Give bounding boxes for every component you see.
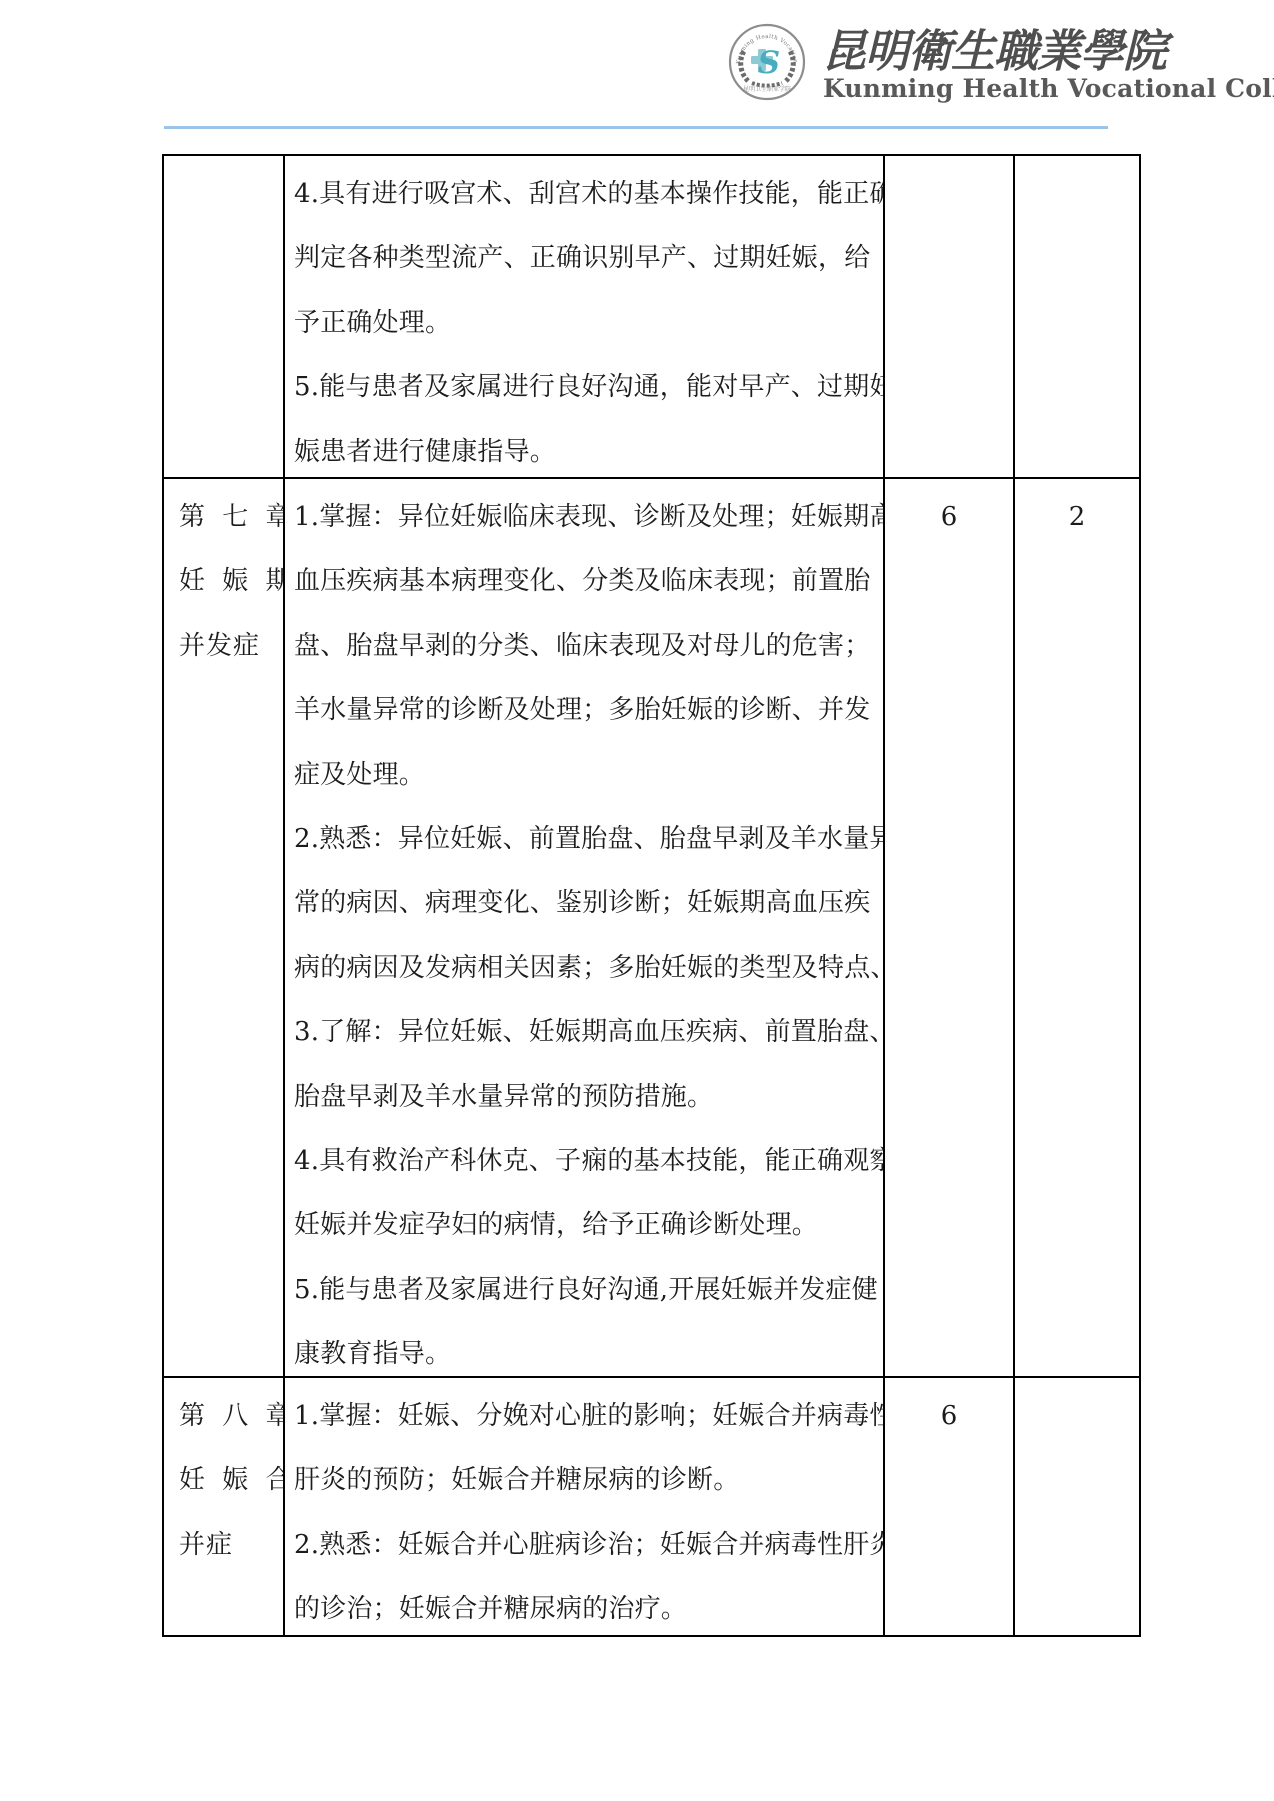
college-logo: Kunming Health Vocational College S 昆明卫生… (728, 23, 806, 105)
content-line: 5.能与患者及家属进行良好沟通，能对早产、过期妊 (294, 355, 883, 419)
content-line: 羊水量异常的诊断及处理；多胎妊娠的诊断、并发 (294, 678, 883, 742)
content-line: 4.具有救治产科休克、子痫的基本技能，能正确观察 (294, 1129, 883, 1193)
content-line: 1.掌握：妊娠、分娩对心脏的影响；妊娠合并病毒性 (294, 1384, 883, 1448)
chapter-line: 第 八 章 (179, 1384, 283, 1448)
content-line: 3.了解：异位妊娠、妊娠期高血压疾病、前置胎盘、 (294, 1000, 883, 1064)
content-line: 症及处理。 (294, 743, 883, 807)
content-cell: 4.具有进行吸宫术、刮宫术的基本操作技能，能正确 判定各种类型流产、正确识别早产… (285, 156, 885, 479)
content-line: 常的病因、病理变化、鉴别诊断；妊娠期高血压疾 (294, 871, 883, 935)
practice-cell (1015, 1378, 1139, 1635)
chapter-cell: 第 七 章 妊 娠 期 并发症 (164, 479, 285, 1378)
hours-cell (885, 156, 1015, 479)
chapter-line: 妊 娠 期 (179, 549, 283, 613)
content-line: 康教育指导。 (294, 1322, 883, 1378)
content-line: 的诊治；妊娠合并糖尿病的治疗。 (294, 1577, 883, 1635)
content-line: 判定各种类型流产、正确识别早产、过期妊娠，给 (294, 226, 883, 290)
content-line: 病的病因及发病相关因素；多胎妊娠的类型及特点、 (294, 936, 883, 1000)
chapter-line: 妊 娠 合 (179, 1448, 283, 1512)
college-name-english: Kunming Health Vocational College (823, 74, 1274, 103)
content-line: 血压疾病基本病理变化、分类及临床表现；前置胎 (294, 549, 883, 613)
chapter-line: 并发症 (179, 614, 283, 678)
syllabus-table: 4.具有进行吸宫术、刮宫术的基本操作技能，能正确 判定各种类型流产、正确识别早产… (162, 154, 1141, 1637)
chapter-cell: 第 八 章 妊 娠 合 并症 (164, 1378, 285, 1635)
hours-cell: 6 (885, 1378, 1015, 1635)
header-divider (164, 115, 1108, 119)
content-line: 妊娠并发症孕妇的病情，给予正确诊断处理。 (294, 1193, 883, 1257)
content-line: 肝炎的预防；妊娠合并糖尿病的诊断。 (294, 1448, 883, 1512)
content-line: 胎盘早剥及羊水量异常的预防措施。 (294, 1065, 883, 1129)
content-line: 予正确处理。 (294, 291, 883, 355)
content-cell: 1.掌握：异位妊娠临床表现、诊断及处理；妊娠期高 血压疾病基本病理变化、分类及临… (285, 479, 885, 1378)
chapter-line: 并症 (179, 1513, 283, 1577)
chapter-cell (164, 156, 285, 479)
content-line: 5.能与患者及家属进行良好沟通,开展妊娠并发症健 (294, 1258, 883, 1322)
chapter-line: 第 七 章 (179, 485, 283, 549)
college-name-calligraphy: 昆明衛生職業學院 (822, 25, 1112, 78)
practice-cell: 2 (1015, 479, 1139, 1378)
hours-cell: 6 (885, 479, 1015, 1378)
content-line: 娠患者进行健康指导。 (294, 420, 883, 479)
svg-text:昆明卫生职业学院: 昆明卫生职业学院 (743, 85, 791, 93)
content-line: 1.掌握：异位妊娠临床表现、诊断及处理；妊娠期高 (294, 485, 883, 549)
svg-text:S: S (758, 45, 780, 81)
document-page: Kunming Health Vocational College S 昆明卫生… (0, 0, 1274, 1801)
content-line: 2.熟悉：异位妊娠、前置胎盘、胎盘早剥及羊水量异 (294, 807, 883, 871)
content-line: 盘、胎盘早剥的分类、临床表现及对母儿的危害； (294, 614, 883, 678)
practice-cell (1015, 156, 1139, 479)
college-seal-icon: Kunming Health Vocational College S 昆明卫生… (728, 23, 806, 101)
content-line: 4.具有进行吸宫术、刮宫术的基本操作技能，能正确 (294, 162, 883, 226)
content-line: 2.熟悉：妊娠合并心脏病诊治；妊娠合并病毒性肝炎 (294, 1513, 883, 1577)
content-cell: 1.掌握：妊娠、分娩对心脏的影响；妊娠合并病毒性 肝炎的预防；妊娠合并糖尿病的诊… (285, 1378, 885, 1635)
